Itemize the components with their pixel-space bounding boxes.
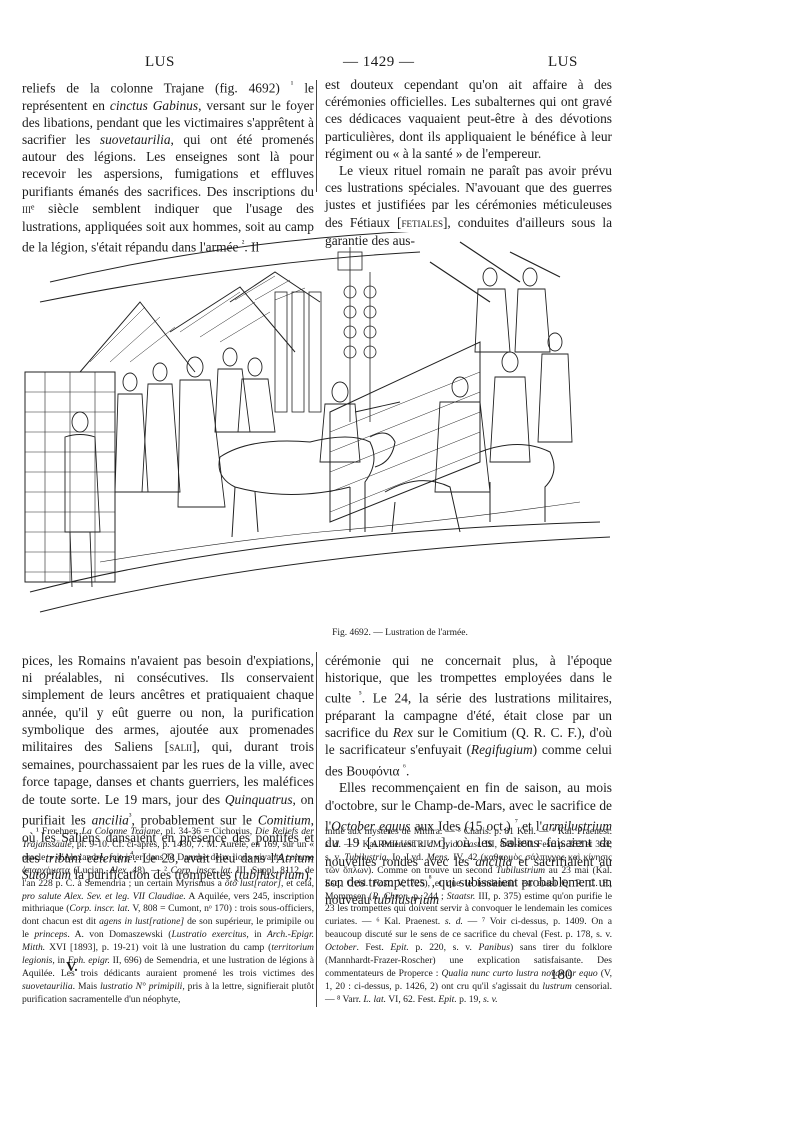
running-head-left: LUS: [145, 54, 175, 71]
gathering-signature: 180: [550, 967, 573, 984]
paragraph: ¹ Froehner, La Colonne Trajane, pl. 34-3…: [22, 826, 314, 1007]
paragraph: reliefs de la colonne Trajane (fig. 4692…: [22, 76, 314, 256]
relief-illustration: [20, 232, 610, 617]
column-rule-bottom: [316, 652, 317, 1007]
column-rule-top: [316, 80, 317, 192]
footnotes-left: ¹ Froehner, La Colonne Trajane, pl. 34-3…: [22, 826, 314, 1007]
top-right-column: est douteux cependant qu'on ait affaire …: [325, 76, 612, 249]
figure-lustration-engraving: [20, 232, 610, 617]
paragraph: cérémonie qui ne concernait plus, à l'ép…: [325, 652, 612, 779]
figure-caption: Fig. 4692. — Lustration de l'armée.: [0, 628, 800, 638]
top-left-column: reliefs de la colonne Trajane (fig. 4692…: [22, 76, 314, 256]
volume-signature: V.: [66, 960, 78, 976]
paragraph: est douteux cependant qu'on ait affaire …: [325, 76, 612, 162]
page-number: — 1429 —: [343, 54, 415, 71]
running-head-right: LUS: [548, 54, 578, 71]
